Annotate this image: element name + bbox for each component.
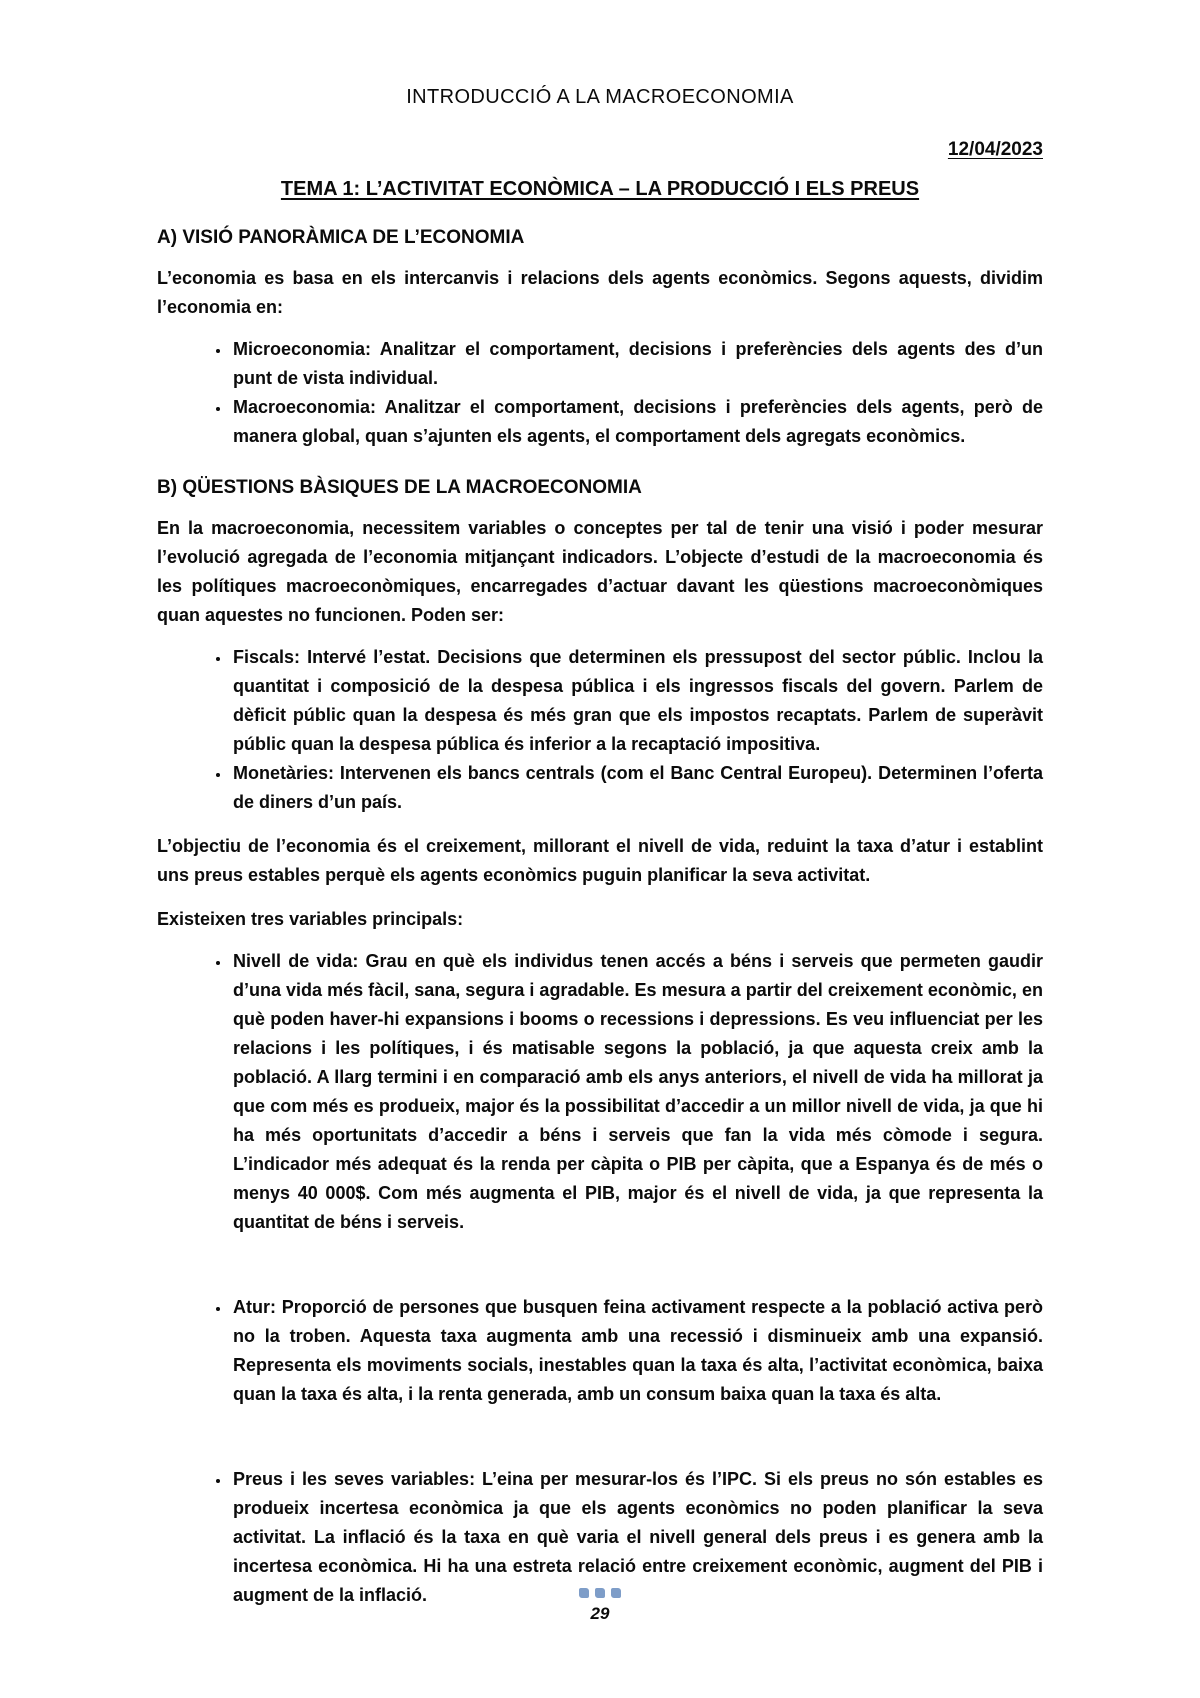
dot-icon — [579, 1588, 589, 1598]
bullet-nivell-de-vida: Nivell de vida: Grau en què els individu… — [231, 947, 1043, 1237]
bullet-fiscals: Fiscals: Intervé l’estat. Decisions que … — [231, 643, 1043, 759]
footer-dots-icon — [0, 1588, 1200, 1599]
document-page: INTRODUCCIÓ A LA MACROECONOMIA 12/04/202… — [0, 0, 1200, 1698]
date-label: 12/04/2023 — [948, 139, 1043, 160]
page-footer: 29 — [0, 1588, 1200, 1624]
bullet-monetaries: Monetàries: Intervenen els bancs central… — [231, 759, 1043, 817]
course-title: INTRODUCCIÓ A LA MACROECONOMIA — [157, 86, 1043, 109]
policy-list: Fiscals: Intervé l’estat. Decisions que … — [157, 643, 1043, 817]
dot-icon — [611, 1588, 621, 1598]
variables-intro: Existeixen tres variables principals: — [157, 905, 1043, 934]
section-b-intro: En la macroeconomia, necessitem variable… — [157, 514, 1043, 630]
bullet-macroeconomia: Macroeconomia: Analitzar el comportament… — [231, 393, 1043, 451]
objective-paragraph: L’objectiu de l’economia és el creixemen… — [157, 832, 1043, 890]
lesson-title: TEMA 1: L’ACTIVITAT ECONÒMICA – LA PRODU… — [281, 178, 919, 200]
variables-list: Nivell de vida: Grau en què els individu… — [157, 947, 1043, 1610]
lesson-title-line: TEMA 1: L’ACTIVITAT ECONÒMICA – LA PRODU… — [157, 178, 1043, 201]
page-number: 29 — [0, 1604, 1200, 1624]
section-a-intro: L’economia es basa en els intercanvis i … — [157, 264, 1043, 322]
section-a-heading: A) VISIÓ PANORÀMICA DE L’ECONOMIA — [157, 227, 1043, 249]
section-a-list: Microeconomia: Analitzar el comportament… — [157, 335, 1043, 451]
bullet-microeconomia: Microeconomia: Analitzar el comportament… — [231, 335, 1043, 393]
section-b-heading: B) QÜESTIONS BÀSIQUES DE LA MACROECONOMI… — [157, 477, 1043, 499]
date-line: 12/04/2023 — [157, 139, 1043, 161]
bullet-atur: Atur: Proporció de persones que busquen … — [231, 1293, 1043, 1409]
dot-icon — [595, 1588, 605, 1598]
